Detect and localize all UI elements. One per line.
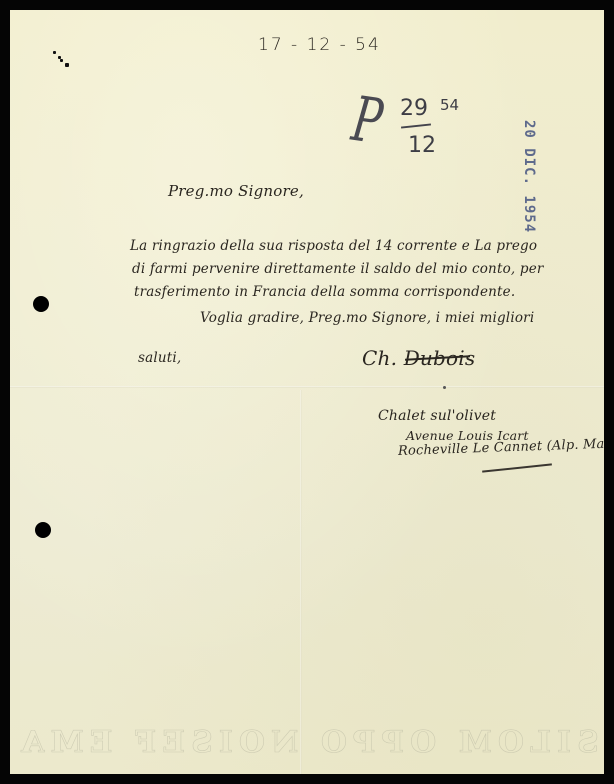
horizontal-fold <box>10 386 604 388</box>
salutation: Preg.mo Signore, <box>168 182 304 200</box>
vertical-fold <box>300 390 302 774</box>
address-line-1: Chalet sul'olivet <box>378 408 496 424</box>
corner-ink-marks <box>53 51 75 75</box>
letter-date: 17 - 12 - 54 <box>258 35 381 55</box>
closing-word: saluti, <box>138 350 181 366</box>
body-line-3: trasferimento in Francia della somma cor… <box>134 284 515 300</box>
reference-mark: P 29 12 54 <box>358 90 478 190</box>
address-underline <box>482 463 552 472</box>
received-date-stamp: 20 DIC. 1954 <box>521 120 537 233</box>
reference-numerator: 29 <box>400 96 428 121</box>
punch-hole-lower <box>35 522 51 538</box>
reference-denominator: 12 <box>408 133 436 158</box>
body-line-1: La ringrazio della sua risposta del 14 c… <box>130 238 537 254</box>
closing-line: Voglia gradire, Preg.mo Signore, i miei … <box>200 310 534 326</box>
letter-paper: 17 - 12 - 54 P 29 12 54 20 DIC. 1954 Pre… <box>10 10 604 774</box>
ink-dot <box>443 386 446 389</box>
reference-letter: P <box>348 82 387 158</box>
reference-fraction-line <box>401 123 431 128</box>
punch-hole-upper <box>33 296 49 312</box>
reference-year: 54 <box>440 96 459 114</box>
body-line-2: di farmi pervenire direttamente il saldo… <box>132 261 544 277</box>
paper-watermark: SILOM OPPO NOISEF EMA <box>10 725 604 760</box>
